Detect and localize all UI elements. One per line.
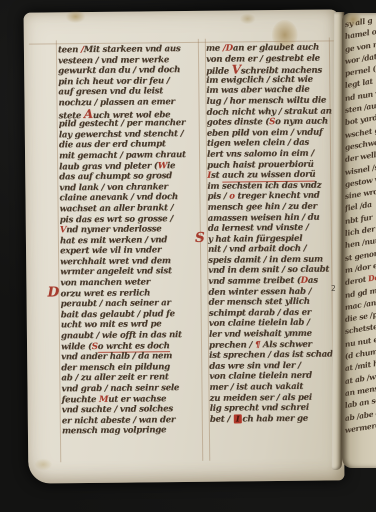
ink-text: im was aber wache die — [206, 85, 309, 96]
ink-text: doch nicht why / strakut an — [207, 106, 332, 117]
ink-text: y hat kain fürgespiel — [208, 233, 302, 244]
rubric-text: I — [234, 414, 242, 423]
ink-text: er nicht abeste / wan der — [62, 415, 175, 426]
ink-text: ie — [167, 161, 175, 171]
rubric-text: M — [99, 394, 108, 404]
ink-text: nd nymer vnderlosse — [66, 224, 161, 235]
facing-page-edge: sy all ghamel oge von mwor /datpernel (l… — [342, 13, 376, 468]
ink-text: pin ich heut vor dir feu / — [58, 76, 169, 87]
ink-text: da lernest vnd vinste / — [208, 223, 309, 234]
facing-page-text: sy all ghamel oge von mwor /datpernel (l… — [345, 19, 376, 437]
ink-text: nit / vnd arbait doch / — [208, 244, 306, 255]
manuscript-photo: teen /Mit starkeen vnd ausvesteen / vnd … — [0, 0, 376, 512]
text-column-left: teen /Mit starkeen vnd ausvesteen / vnd … — [58, 44, 206, 445]
ink-text: gotes dinste ( — [207, 117, 269, 128]
ink-text: ch hab mer ge — [242, 413, 308, 424]
ink-text: ab / zu aller zeit er rent — [61, 373, 168, 384]
rubric-text: S — [195, 232, 205, 243]
ink-text: vnd ander halb / da nem — [61, 351, 172, 362]
ink-text: der mensch ein pildung — [61, 362, 170, 373]
rubric-text: W — [158, 161, 167, 171]
ink-text: mit gemacht / pawm chraut — [59, 150, 186, 161]
ink-text: das auf chumpt so grosd — [59, 171, 172, 182]
ink-text: im sechsten ich das vndz — [207, 180, 321, 191]
ink-text: vnd grab / nach seinr sele — [61, 383, 179, 394]
ink-text: laub gras vnd pleter ( — [59, 161, 158, 172]
ink-text: wilde ( — [61, 342, 92, 352]
ink-text: treger knecht vnd — [235, 191, 320, 202]
ink-text: peraubt / nach seiner ar — [61, 298, 171, 309]
ink-text: ist sprechen / das ist schad — [209, 350, 333, 361]
ink-text: im ewigclich / sicht wie — [206, 74, 313, 85]
stain — [240, 13, 256, 24]
ink-text: vnd suchte / vnd solches — [62, 404, 173, 415]
ink-text: lay gewerchst vnd stencht / — [59, 129, 184, 140]
rubric-text: /D — [223, 43, 233, 53]
ink-text: auf gresen vnd du leist — [58, 87, 163, 98]
ink-text: pis das es wrt so grosse / — [60, 214, 173, 225]
ink-text: prechen / — [209, 340, 255, 350]
ink-text: tigen welen clein / das — [207, 138, 309, 149]
ink-text: claine anevank / vnd doch — [59, 192, 178, 203]
ink-text: me — [206, 44, 223, 54]
ink-text: von claine tielein lab / — [209, 318, 310, 329]
rubric-text: D — [47, 287, 59, 298]
manuscript-line: mensch mag volpringe — [62, 425, 206, 437]
ink-text: vesteen / vnd mer werke — [58, 55, 169, 66]
ink-text: feuchte — [62, 394, 99, 404]
ink-text: den winter essen hab / — [208, 286, 311, 297]
ink-text: von claine tielein nerd — [209, 371, 312, 382]
ink-text: mensch mag volpringe — [62, 426, 166, 437]
ink-text: das wre sin vnd ler / — [209, 361, 301, 372]
ink-text: lert vns salomo in eim / — [207, 149, 314, 160]
ink-text: der mensch stet yllich — [209, 297, 310, 308]
ink-text: puch haist prouerbiorü — [207, 159, 314, 170]
ink-text: vnd lank / von chranker — [59, 182, 167, 193]
ink-text: schimpt darab / das er — [209, 308, 311, 319]
rubric-text: Da — [367, 273, 376, 284]
ink-text: mer / ist auch vakait — [209, 382, 303, 393]
ink-text: hat es mit werken / vnd — [60, 235, 167, 246]
manuscript-page: teen /Mit starkeen vnd ausvesteen / vnd … — [24, 9, 345, 483]
ink-text: lug / hor mensch wiltu die — [206, 95, 326, 106]
ink-text: amassen weisen hin / du — [208, 212, 320, 223]
ink-text: wrmter angeleit vnd sist — [60, 267, 171, 278]
ink-text: vnd samme treibet ( — [208, 276, 300, 287]
stain — [34, 458, 52, 470]
ink-text: st — [211, 171, 222, 181]
ink-text: Mit starkeen vnd aus — [84, 44, 181, 55]
ink-text: mensch gee hin / zu der — [208, 202, 317, 213]
ink-text: die aus der erd chumpt — [59, 140, 166, 151]
ink-text: pild gestecht / per mancher — [59, 118, 186, 129]
ink-text: eben pild von eim / vnduf — [207, 127, 323, 138]
ink-text: von dem er / gestrebt ele — [206, 53, 320, 64]
ink-text: o nym auch — [275, 117, 328, 128]
ink-text: vnd in dem snit / so claubt — [208, 265, 329, 276]
rubric-text: S — [92, 342, 98, 352]
ink-text: ler vnd weishait ymme — [209, 329, 312, 340]
ink-text: werchhait wret vnd dem — [60, 256, 171, 267]
text-column-right: me /Dan er glaubet auchvon dem er / gest… — [206, 42, 342, 443]
folio-mark: 2 — [331, 284, 336, 293]
ink-text: nochzu / plassen an emer — [58, 97, 174, 108]
ink-text: von manchen weter — [60, 277, 150, 288]
ink-text: teen — [58, 45, 81, 55]
stain — [66, 10, 86, 23]
ink-text: derot — [344, 275, 369, 288]
ink-text: gnaubt / wie offt in das nit — [61, 330, 182, 341]
ink-text: Als schwer — [263, 339, 312, 350]
ink-text: wachset an aller brankt / — [60, 203, 174, 214]
ink-text: ut er wachse — [108, 394, 166, 405]
ink-text: lig sprecht vnd schrei — [210, 403, 309, 414]
ink-text: orzu wret es rerlich — [60, 288, 150, 299]
ink-text: ucht wo mit es wrd pe — [61, 320, 162, 331]
manuscript-line: bet / Ich hab mer ge — [210, 413, 342, 425]
ink-text: an er glaubet auch — [233, 43, 319, 54]
ink-text: speis damit / in dem sum — [208, 254, 323, 265]
ink-text: gewurkt dan du / vnd doch — [58, 65, 180, 76]
ink-text: expert wie vil in vnder — [60, 246, 161, 257]
rubric-text: ¶ — [255, 340, 263, 350]
ink-text: as — [308, 276, 318, 286]
ink-text: bet / — [210, 414, 233, 424]
ink-text: pis / — [207, 192, 229, 202]
ink-text: bait das gelaubt / plud fe — [61, 309, 175, 320]
ink-text: zu meiden ser / als pei — [210, 392, 312, 403]
